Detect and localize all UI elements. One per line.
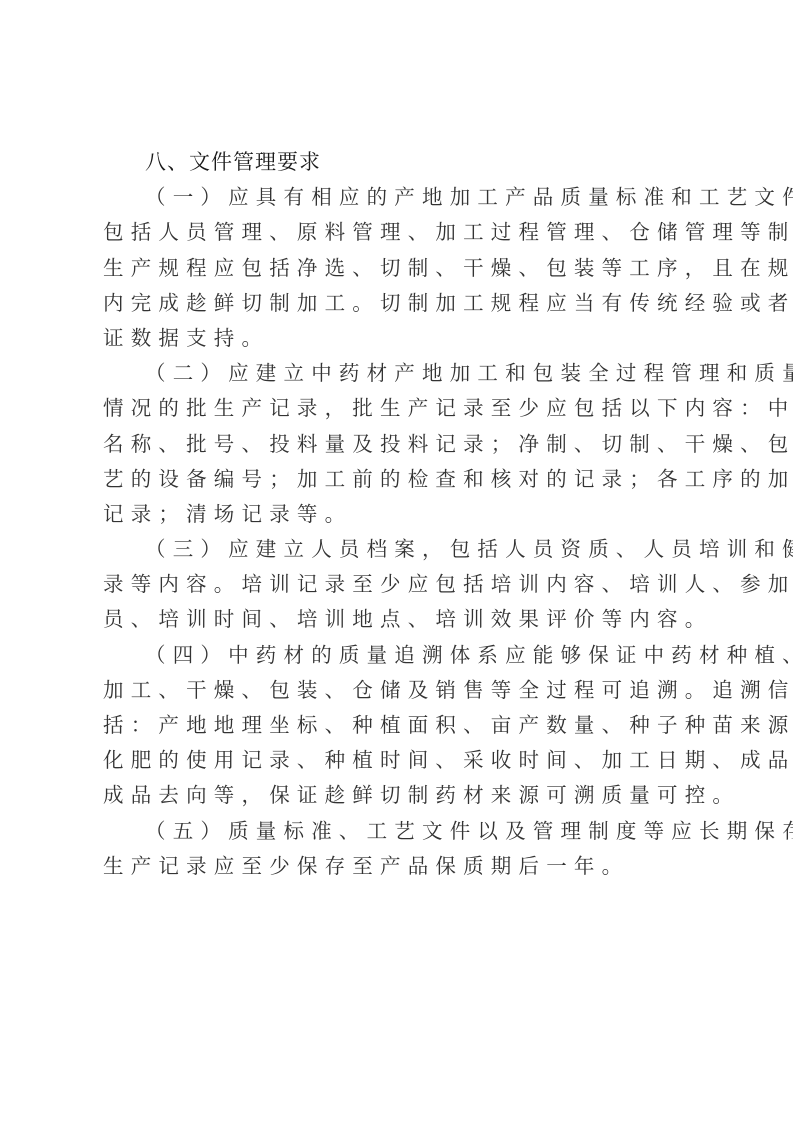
paragraph-line: 情况的批生产记录，批生产记录至少应包括以下内容：中药材的 xyxy=(103,391,691,426)
paragraph-item-3: （三）应建立人员档案，包括人员资质、人员培训和健康记 录等内容。培训记录至少应包… xyxy=(103,532,691,638)
paragraph-line: 加工、干燥、包装、仓储及销售等全过程可追溯。追溯信息可包 xyxy=(103,673,691,708)
paragraph-line: 记录；清场记录等。 xyxy=(103,497,691,532)
paragraph-line: 录等内容。培训记录至少应包括培训内容、培训人、参加培训人 xyxy=(103,567,691,602)
paragraph-line: 包括人员管理、原料管理、加工过程管理、仓储管理等制度文件。 xyxy=(103,215,691,250)
paragraph-item-4: （四）中药材的质量追溯体系应能够保证中药材种植、采收、 加工、干燥、包装、仓储及… xyxy=(103,638,691,814)
paragraph-line: 名称、批号、投料量及投料记录；净制、切制、干燥、包装等工 xyxy=(103,427,691,462)
paragraph-line: 生产规程应包括净选、切制、干燥、包装等工序，且在规定时限 xyxy=(103,251,691,286)
paragraph-line: （五）质量标准、工艺文件以及管理制度等应长期保存，批 xyxy=(103,814,691,849)
paragraph-line: 艺的设备编号；加工前的检查和核对的记录；各工序的加工操作 xyxy=(103,462,691,497)
section-heading: 八、文件管理要求 xyxy=(103,145,691,180)
paragraph-line: 生产记录应至少保存至产品保质期后一年。 xyxy=(103,849,691,884)
paragraph-line: （二）应建立中药材产地加工和包装全过程管理和质量控制 xyxy=(103,356,691,391)
paragraph-item-1: （一）应具有相应的产地加工产品质量标准和工艺文件以及 包括人员管理、原料管理、加… xyxy=(103,180,691,356)
paragraph-line: 证数据支持。 xyxy=(103,321,691,356)
paragraph-line: （四）中药材的质量追溯体系应能够保证中药材种植、采收、 xyxy=(103,638,691,673)
paragraph-line: （三）应建立人员档案，包括人员资质、人员培训和健康记 xyxy=(103,532,691,567)
paragraph-item-5: （五）质量标准、工艺文件以及管理制度等应长期保存，批 生产记录应至少保存至产品保… xyxy=(103,814,691,884)
paragraph-line: 员、培训时间、培训地点、培训效果评价等内容。 xyxy=(103,602,691,637)
document-page: 八、文件管理要求 （一）应具有相应的产地加工产品质量标准和工艺文件以及 包括人员… xyxy=(103,145,691,884)
paragraph-line: 成品去向等，保证趁鲜切制药材来源可溯质量可控。 xyxy=(103,778,691,813)
paragraph-line: 内完成趁鲜切制加工。切制加工规程应当有传统经验或者研究验 xyxy=(103,286,691,321)
paragraph-line: 化肥的使用记录、种植时间、采收时间、加工日期、成品数量、 xyxy=(103,743,691,778)
paragraph-item-2: （二）应建立中药材产地加工和包装全过程管理和质量控制 情况的批生产记录，批生产记… xyxy=(103,356,691,532)
paragraph-line: 括：产地地理坐标、种植面积、亩产数量、种子种苗来源、农药 xyxy=(103,708,691,743)
paragraph-line: （一）应具有相应的产地加工产品质量标准和工艺文件以及 xyxy=(103,180,691,215)
